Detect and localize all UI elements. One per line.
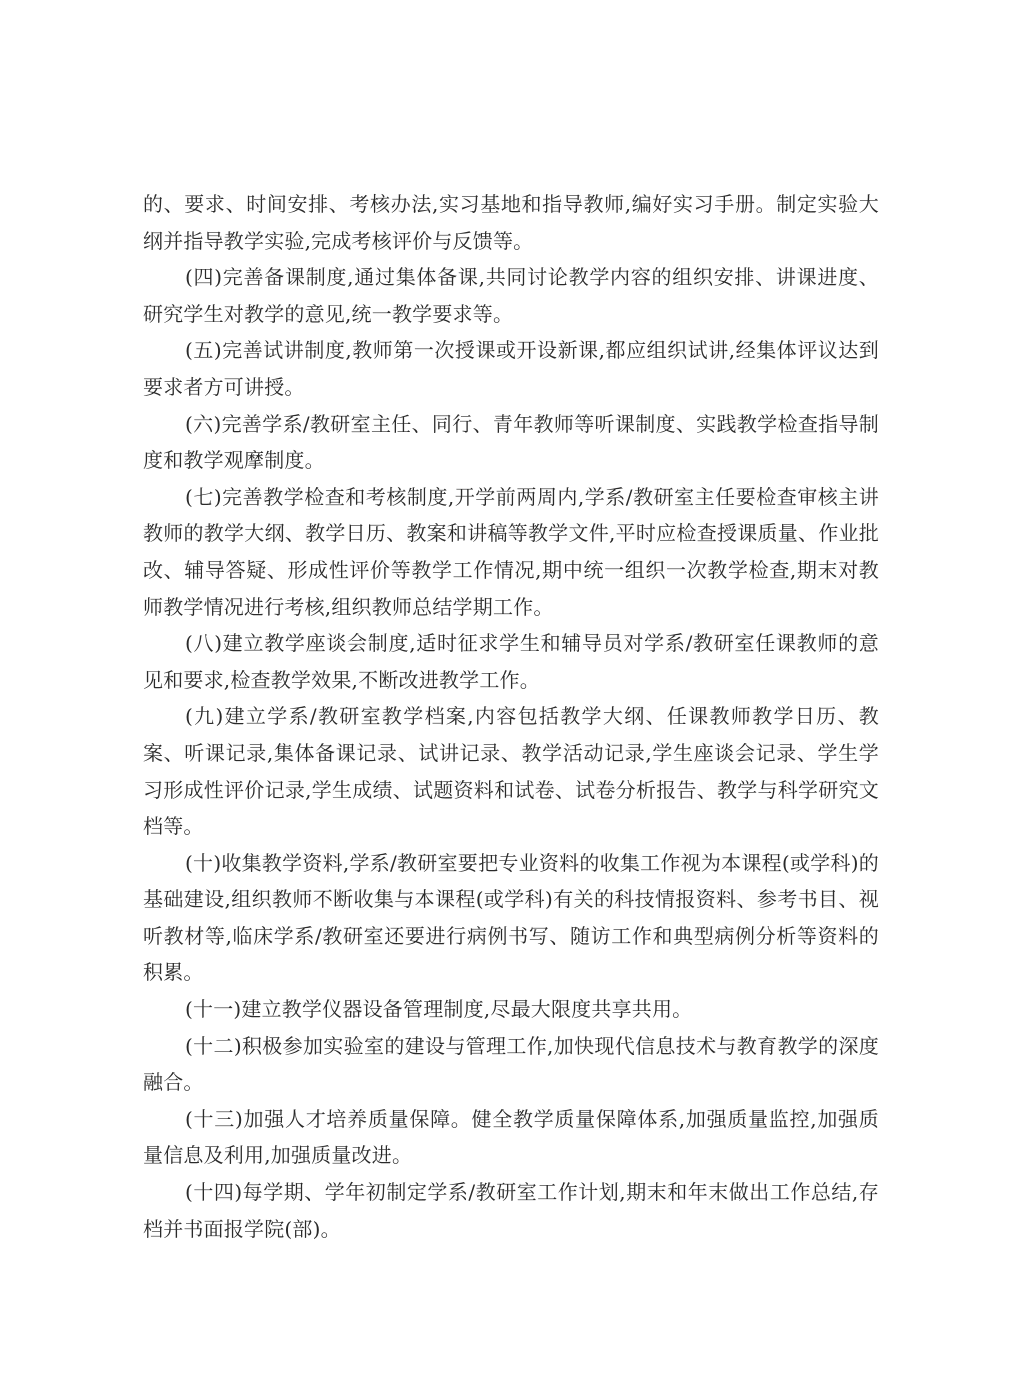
paragraph-item-5: (五)完善试讲制度,教师第一次授课或开设新课,都应组织试讲,经集体评议达到要求者…	[143, 332, 879, 405]
paragraph-item-13: (十三)加强人才培养质量保障。健全教学质量保障体系,加强质量监控,加强质量信息及…	[143, 1101, 879, 1174]
paragraph-item-12: (十二)积极参加实验室的建设与管理工作,加快现代信息技术与教育教学的深度融合。	[143, 1028, 879, 1101]
paragraph-item-6: (六)完善学系/教研室主任、同行、青年教师等听课制度、实践教学检查指导制度和教学…	[143, 406, 879, 479]
paragraph-item-8: (八)建立教学座谈会制度,适时征求学生和辅导员对学系/教研室任课教师的意见和要求…	[143, 625, 879, 698]
paragraph-item-11: (十一)建立教学仪器设备管理制度,尽最大限度共享共用。	[143, 991, 879, 1028]
paragraph-item-4: (四)完善备课制度,通过集体备课,共同讨论教学内容的组织安排、讲课进度、研究学生…	[143, 259, 879, 332]
paragraph-continuation: 的、要求、时间安排、考核办法,实习基地和指导教师,编好实习手册。制定实验大纲并指…	[143, 186, 879, 259]
document-page: 的、要求、时间安排、考核办法,实习基地和指导教师,编好实习手册。制定实验大纲并指…	[143, 186, 879, 1247]
paragraph-item-7: (七)完善教学检查和考核制度,开学前两周内,学系/教研室主任要检查审核主讲教师的…	[143, 479, 879, 625]
paragraph-item-9: (九)建立学系/教研室教学档案,内容包括教学大纲、任课教师教学日历、教案、听课记…	[143, 698, 879, 844]
paragraph-item-10: (十)收集教学资料,学系/教研室要把专业资料的收集工作视为本课程(或学科)的基础…	[143, 845, 879, 991]
paragraph-item-14: (十四)每学期、学年初制定学系/教研室工作计划,期末和年末做出工作总结,存档并书…	[143, 1174, 879, 1247]
